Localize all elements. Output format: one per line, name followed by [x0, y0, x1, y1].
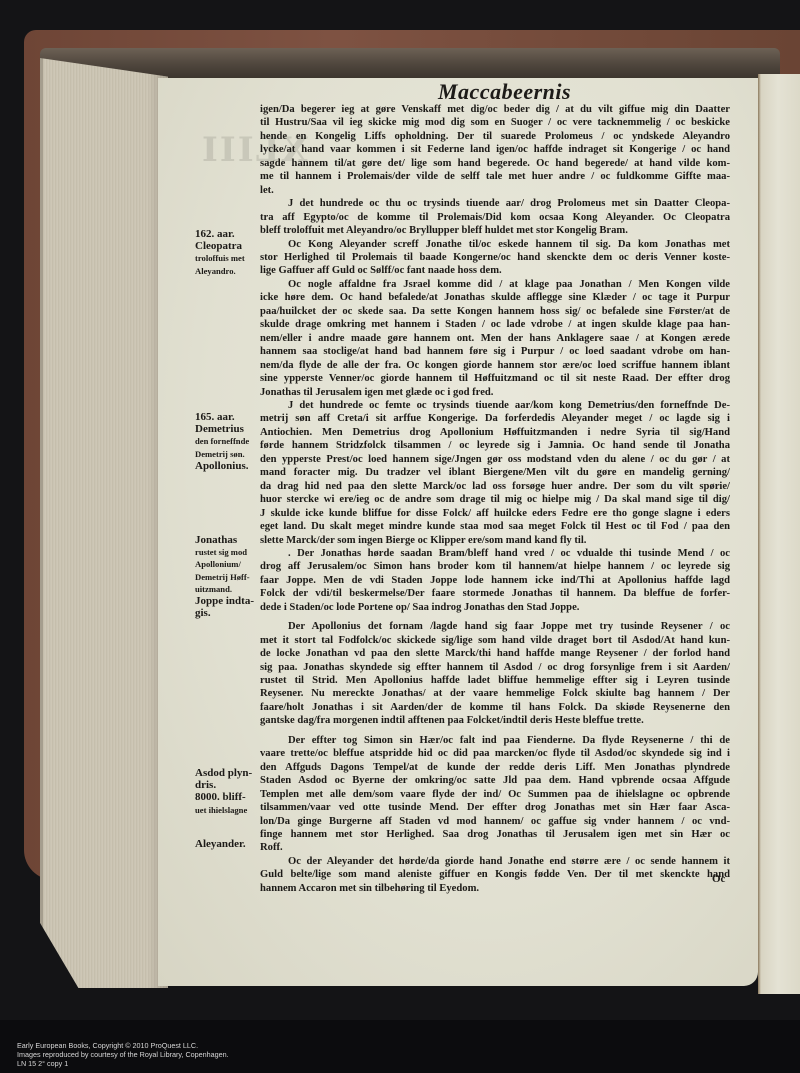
- text-line: Der Apollonius det fornam /lagde hand si…: [260, 620, 730, 633]
- text-line: gantske dag/fra morgenen indtil afftenen…: [260, 714, 730, 727]
- text-line: met it stort tal Fodfolck/oc skickede si…: [260, 634, 730, 647]
- margin-note-line: Cleopatra: [195, 240, 263, 252]
- text-line: de locke Jonathan vd paa den slette Marc…: [260, 647, 730, 660]
- text-line: bleff troloffuit met Aleyandro/oc Bryllu…: [260, 224, 730, 237]
- text-line: Der effter tog Simon sin Hær/oc falt ind…: [260, 734, 730, 747]
- margin-note: Aleyander.: [195, 838, 263, 850]
- text-line: Guld belte/lige som mand aleniste giffue…: [260, 868, 730, 881]
- text-line: sagde hannem til/at gøre det/ lige som h…: [260, 157, 730, 170]
- text-line: nem/eller i andre maade gøre hannem ont.…: [260, 332, 730, 345]
- margin-note-line: Joppe indta-: [195, 595, 263, 607]
- margin-note-line: uet ihielslagne: [195, 804, 263, 816]
- running-head: Maccabeernis: [438, 79, 571, 105]
- text-line: skulde drage omkring met hannem i Staden…: [260, 318, 730, 331]
- text-line: sine ypperste Venner/oc giorde hannem ti…: [260, 372, 730, 385]
- margin-note: Asdod plyn-dris.8000. bliff-uet ihielsla…: [195, 767, 263, 816]
- text-line: J det hundrede oc femte oc trysinds tiue…: [260, 399, 730, 412]
- margin-note-line: Apollonium/: [195, 558, 263, 570]
- text-line: rustet til Strid. Men Apollonius haffde …: [260, 674, 730, 687]
- text-line: lon/Da ginge Burgerne aff Staden vd mod …: [260, 815, 730, 828]
- paragraph: J det hundrede oc thu oc trysinds tiuend…: [260, 197, 730, 237]
- footer-line-copyright: Early European Books, Copyright © 2010 P…: [17, 1041, 229, 1050]
- text-line: paa/huilcket der oc skede saa. Da sette …: [260, 305, 730, 318]
- footer-line-courtesy: Images reproduced by courtesy of the Roy…: [17, 1050, 229, 1059]
- text-line: Antiochien. Men Demetrius drog Apolloniu…: [260, 426, 730, 439]
- text-line: eget land. Du skalt meget mindre kunde s…: [260, 520, 730, 533]
- text-line: sig paa. Jonathas skyndede sig effter ha…: [260, 661, 730, 674]
- margin-note-line: 162. aar.: [195, 228, 263, 240]
- text-line: drog aff Jerusalem/oc Simon hans broder …: [260, 560, 730, 573]
- text-line: den ypperste Prest/oc loed hannem sige/J…: [260, 453, 730, 466]
- paragraph: Oc Kong Aleyander screff Jonathe til/oc …: [260, 238, 730, 278]
- margin-note: Jonathasrustet sig modApollonium/Demetri…: [195, 534, 263, 619]
- text-line: faare/holt Jonathas i sit Aarden/der de …: [260, 701, 730, 714]
- text-line: stor Herlighed til Prolemais til baade K…: [260, 251, 730, 264]
- text-line: Reysener. Nu mereckte Jonathas/ at der v…: [260, 687, 730, 700]
- text-line: lige Gaffuer aff Guld oc Sølff/oc fant n…: [260, 264, 730, 277]
- text-line: me til hannem i Prolemais/der vilde de s…: [260, 170, 730, 183]
- page-block-left-edges: [40, 58, 168, 988]
- paragraph: Oc der Aleyander det hørde/da giorde han…: [260, 855, 730, 895]
- text-line: hannem saa stoclige/at hand bad hannem f…: [260, 345, 730, 358]
- text-line: hannem Accaron met sin tilbehøring til E…: [260, 882, 730, 895]
- text-line: Folck der vdi/til beskermelse/Der faare …: [260, 587, 730, 600]
- text-line: let.: [260, 184, 730, 197]
- copyright-footer: Early European Books, Copyright © 2010 P…: [17, 1041, 229, 1069]
- text-line: til Hustru/Saa vil ieg skicke mig mod di…: [260, 116, 730, 129]
- text-line: huor stercke wi ere/ieg oc de andre som …: [260, 493, 730, 506]
- catchword: Oc: [712, 873, 725, 885]
- margin-note-line: Demetrius: [195, 423, 263, 435]
- footer-line-shelfmark: LN 15 2° copy 1: [17, 1059, 229, 1068]
- margin-note-line: gis.: [195, 607, 263, 619]
- text-line: icke høre dem. Oc hand befalede/at Jonat…: [260, 291, 730, 304]
- text-line: mand foracter mig. Du tradzer vel iblant…: [260, 466, 730, 479]
- text-line: Oc der Aleyander det hørde/da giorde han…: [260, 855, 730, 868]
- text-line: tra aff Egypto/oc de komme til Prolemais…: [260, 211, 730, 224]
- paragraph: J det hundrede oc femte oc trysinds tiue…: [260, 399, 730, 547]
- text-line: . Der Jonathas hørde saadan Bram/bleff h…: [260, 547, 730, 560]
- paragraph: igen/Da begerer ieg at gøre Venskaff met…: [260, 103, 730, 197]
- paragraph: Der Apollonius det fornam /lagde hand si…: [260, 620, 730, 728]
- body-text: igen/Da begerer ieg at gøre Venskaff met…: [260, 103, 730, 895]
- text-line: faar Joppe. Men de vdi Staden Joppe lode…: [260, 574, 730, 587]
- text-line: den Affguds Dagons Tempel/at de kunde de…: [260, 761, 730, 774]
- margin-note-line: troloffuis met: [195, 252, 263, 264]
- margin-note-line: Demetrij søn.: [195, 448, 263, 460]
- book-scan: XLIII Maccabeernis igen/Da begerer ieg a…: [0, 0, 800, 1020]
- margin-note-line: Jonathas: [195, 534, 263, 546]
- text-line: igen/Da begerer ieg at gøre Venskaff met…: [260, 103, 730, 116]
- text-line: Jonathas til Jerusalem igen met glæde oc…: [260, 386, 730, 399]
- margin-note-line: rustet sig mod: [195, 546, 263, 558]
- margin-note-line: Apollonius.: [195, 460, 263, 472]
- text-line: Oc nogle affaldne fra Jsrael komme did /…: [260, 278, 730, 291]
- margin-note-line: Asdod plyn-: [195, 767, 263, 779]
- text-line: tilsammen/vaar ved otte tusinde Mend. De…: [260, 801, 730, 814]
- next-page-edge: [758, 74, 800, 994]
- text-line: da drag hid ned paa den slette Marck/oc …: [260, 480, 730, 493]
- paragraph: Der effter tog Simon sin Hær/oc falt ind…: [260, 734, 730, 855]
- margin-note-line: Aleyandro.: [195, 265, 263, 277]
- text-line: J det hundrede oc thu oc trysinds tiuend…: [260, 197, 730, 210]
- margin-note: 162. aar.Cleopatratroloffuis metAleyandr…: [195, 228, 263, 277]
- margin-note: 165. aar.Demetriusden forneffndeDemetrij…: [195, 411, 263, 472]
- text-line: Oc Kong Aleyander screff Jonathe til/oc …: [260, 238, 730, 251]
- text-line: metrij søn aff Creta/i sit arffue Konger…: [260, 412, 730, 425]
- margin-note-line: dris.: [195, 779, 263, 791]
- margin-note-line: Demetrij Høff-: [195, 571, 263, 583]
- text-line: nem/da flyde de alle der fra. Oc kongen …: [260, 359, 730, 372]
- text-line: dede i Staden/oc lode Portene op/ Saa in…: [260, 601, 730, 614]
- text-line: førde hannem Stridzfolck tilsammen / oc …: [260, 439, 730, 452]
- text-line: finge hannem met stor Herlighed. Saa dro…: [260, 828, 730, 841]
- text-line: J skulde icke kunde bliffue for disse Fo…: [260, 507, 730, 520]
- margin-note-line: 165. aar.: [195, 411, 263, 423]
- text-line: lycke/at hand vaar kommen i sit Federne …: [260, 143, 730, 156]
- text-line: Roff.: [260, 841, 730, 854]
- paragraph: Oc nogle affaldne fra Jsrael komme did /…: [260, 278, 730, 399]
- text-line: vaare trette/oc bleffue atspridde hid oc…: [260, 747, 730, 760]
- paragraph: . Der Jonathas hørde saadan Bram/bleff h…: [260, 547, 730, 614]
- book-top-edge: [40, 48, 780, 78]
- margin-note-line: 8000. bliff-: [195, 791, 263, 803]
- text-line: hende en Kongelig Liffs opholdning. Der …: [260, 130, 730, 143]
- margin-note-line: uitzmand.: [195, 583, 263, 595]
- text-line: slette Marck/der som ingen Bierge oc Kli…: [260, 534, 730, 547]
- text-line: Staden Asdod oc Byerne der omkring/oc sa…: [260, 774, 730, 787]
- margin-note-line: den forneffnde: [195, 435, 263, 447]
- text-line: Templen met alle dem/som vaare flyde der…: [260, 788, 730, 801]
- margin-note-line: Aleyander.: [195, 838, 263, 850]
